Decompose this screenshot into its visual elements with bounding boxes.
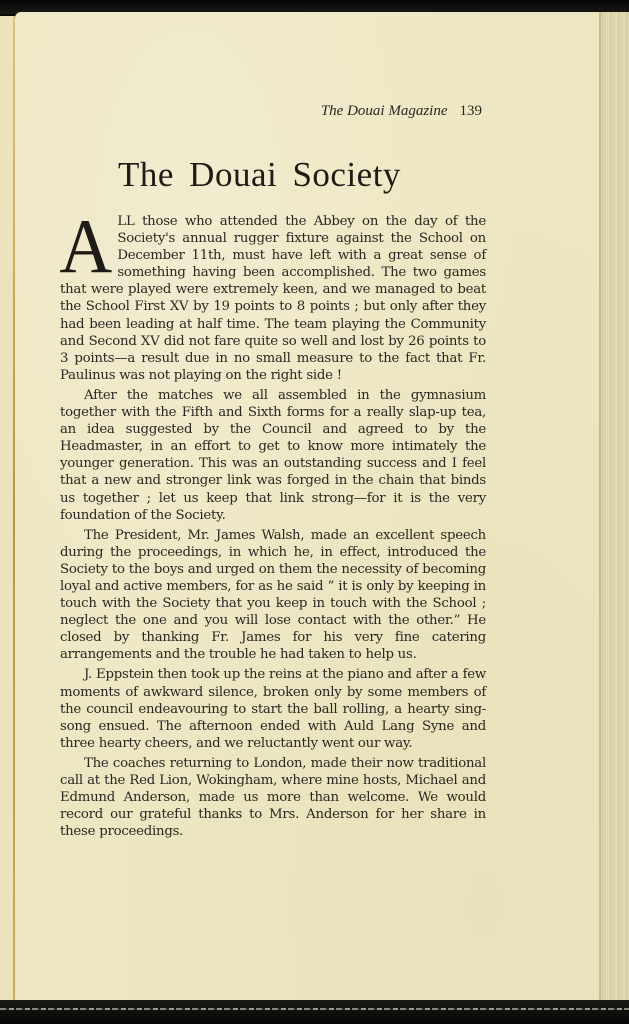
paragraph-3: The President, Mr. James Walsh, made an …	[60, 527, 486, 664]
paragraph-2: After the matches we all assembled in th…	[60, 387, 486, 524]
publication-name: The Douai Magazine	[321, 103, 448, 119]
paragraph-5: The coaches returning to London, made th…	[60, 755, 486, 840]
drop-cap: A	[59, 217, 112, 279]
article-title: The Douai Society	[118, 155, 401, 195]
paragraph-1: ALL those who attended the Abbey on the …	[60, 213, 486, 384]
book-cover-bottom-edge	[0, 1000, 629, 1024]
page-number: 139	[460, 103, 483, 119]
article-body: ALL those who attended the Abbey on the …	[60, 213, 486, 843]
paragraph-4: J. Eppstein then took up the reins at th…	[60, 666, 486, 751]
paragraph-1-text: LL those who attended the Abbey on the d…	[60, 214, 486, 383]
stacked-page-edges	[599, 12, 629, 1004]
running-head: The Douai Magazine139	[321, 103, 482, 120]
scanned-book-page: The Douai Magazine139 The Douai Society …	[0, 0, 629, 1024]
